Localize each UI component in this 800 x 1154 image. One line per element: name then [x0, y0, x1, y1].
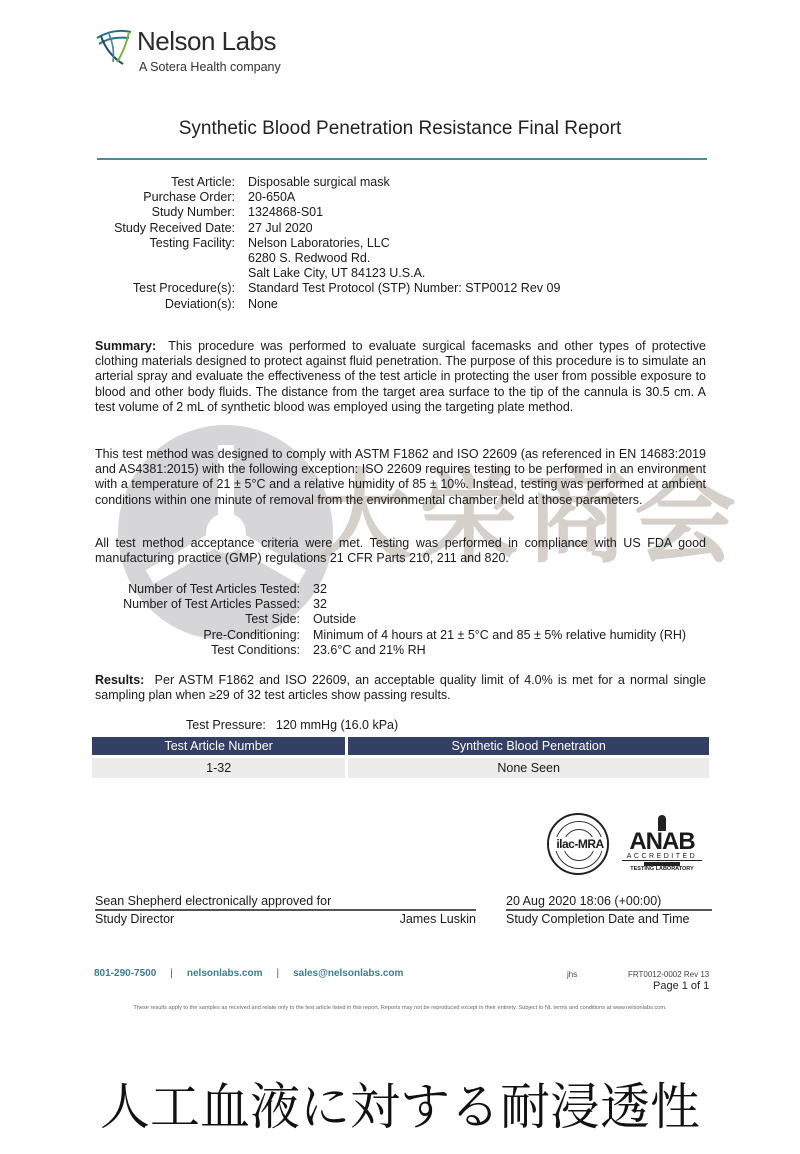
email-link[interactable]: sales@nelsonlabs.com	[293, 968, 403, 979]
preparer-initials: jhs	[567, 970, 577, 979]
results-paragraph: Results: Per ASTM F1862 and ISO 22609, a…	[95, 673, 706, 703]
signature-block: Sean Shepherd electronically approved fo…	[95, 894, 476, 926]
info-row: Study Received Date:27 Jul 2020	[90, 221, 560, 236]
summary-paragraph: Summary: This procedure was performed to…	[95, 339, 706, 415]
info-value: 20-650A	[248, 190, 295, 205]
summary-text: This procedure was performed to evaluate…	[95, 339, 706, 414]
japanese-caption: 人工血液に対する耐浸透性	[0, 1082, 800, 1132]
info-row: Test Article:Disposable surgical mask	[90, 175, 560, 190]
stats-row: Number of Test Articles Passed:32	[95, 597, 686, 612]
table-row: 1-32 None Seen	[92, 758, 709, 778]
info-row: Test Procedure(s):Standard Test Protocol…	[90, 281, 560, 296]
info-label: Testing Facility:	[90, 236, 248, 251]
company-name: Nelson Labs	[137, 26, 276, 57]
info-label	[90, 251, 248, 266]
signer-name: James Luskin	[400, 912, 476, 926]
stats-value: Minimum of 4 hours at 21 ± 5°C and 85 ± …	[313, 628, 686, 643]
info-label: Study Received Date:	[90, 221, 248, 236]
info-row: 6280 S. Redwood Rd.	[90, 251, 560, 266]
stats-row: Test Conditions:23.6°C and 21% RH	[95, 643, 686, 658]
stats-row: Pre-Conditioning:Minimum of 4 hours at 2…	[95, 628, 686, 643]
stats-value: 23.6°C and 21% RH	[313, 643, 426, 658]
table-header-penetration: Synthetic Blood Penetration	[348, 737, 709, 755]
completion-datetime: 20 Aug 2020 18:06 (+00:00)	[506, 894, 712, 908]
completion-block: 20 Aug 2020 18:06 (+00:00) Study Complet…	[506, 894, 712, 926]
test-stats: Number of Test Articles Tested:32Number …	[95, 582, 686, 658]
info-row: Purchase Order:20-650A	[90, 190, 560, 205]
results-label: Results:	[95, 673, 144, 687]
test-pressure: Test Pressure:120 mmHg (16.0 kPa)	[186, 718, 398, 732]
stats-label: Test Side:	[95, 612, 313, 627]
info-label: Purchase Order:	[90, 190, 248, 205]
stats-value: Outside	[313, 612, 356, 627]
stats-value: 32	[313, 597, 327, 612]
summary-label: Summary:	[95, 339, 156, 353]
info-value: Disposable surgical mask	[248, 175, 390, 190]
info-label	[90, 266, 248, 281]
info-label: Deviation(s):	[90, 297, 248, 312]
completion-label: Study Completion Date and Time	[506, 912, 712, 926]
results-table: Test Article Number Synthetic Blood Pene…	[89, 737, 712, 778]
info-row: Study Number:1324868-S01	[90, 205, 560, 220]
signer-role: Study Director	[95, 912, 174, 926]
table-cell-penetration: None Seen	[348, 758, 709, 778]
compliance-paragraph: This test method was designed to comply …	[95, 447, 706, 508]
info-value: 1324868-S01	[248, 205, 323, 220]
info-label: Test Article:	[90, 175, 248, 190]
form-id: FRT0012-0002 Rev 13	[628, 970, 709, 979]
study-info: Test Article:Disposable surgical maskPur…	[90, 175, 560, 312]
acceptance-paragraph: All test method acceptance criteria were…	[95, 536, 706, 566]
stats-value: 32	[313, 582, 327, 597]
table-header-article: Test Article Number	[92, 737, 345, 755]
stats-label: Test Conditions:	[95, 643, 313, 658]
info-value: Salt Lake City, UT 84123 U.S.A.	[248, 266, 425, 281]
title-divider	[97, 158, 707, 160]
report-title: Synthetic Blood Penetration Resistance F…	[0, 118, 800, 140]
phone-number[interactable]: 801-290-7500	[94, 968, 156, 979]
approval-text: Sean Shepherd electronically approved fo…	[95, 894, 476, 908]
info-label: Study Number:	[90, 205, 248, 220]
stats-label: Number of Test Articles Tested:	[95, 582, 313, 597]
stats-row: Test Side:Outside	[95, 612, 686, 627]
website-link[interactable]: nelsonlabs.com	[187, 968, 263, 979]
table-cell-article: 1-32	[92, 758, 345, 778]
stats-row: Number of Test Articles Tested:32	[95, 582, 686, 597]
contact-bar: 801-290-7500|nelsonlabs.com|sales@nelson…	[94, 968, 403, 979]
disclaimer: These results apply to the samples as re…	[0, 1005, 800, 1011]
ilac-mra-logo: ilac-MRA	[547, 813, 609, 875]
info-value: 6280 S. Redwood Rd.	[248, 251, 370, 266]
info-row: Salt Lake City, UT 84123 U.S.A.	[90, 266, 560, 281]
info-label: Test Procedure(s):	[90, 281, 248, 296]
info-row: Deviation(s):None	[90, 297, 560, 312]
anab-logo: ANAB ACCREDITED TESTING LABORATORY	[622, 815, 702, 872]
page-number: Page 1 of 1	[653, 980, 709, 992]
info-value: Nelson Laboratories, LLC	[248, 236, 390, 251]
test-pressure-label: Test Pressure:	[186, 718, 266, 732]
nelson-labs-emblem-icon	[95, 26, 135, 68]
info-value: None	[248, 297, 278, 312]
stats-label: Number of Test Articles Passed:	[95, 597, 313, 612]
stats-label: Pre-Conditioning:	[95, 628, 313, 643]
test-pressure-value: 120 mmHg (16.0 kPa)	[276, 718, 398, 732]
info-row: Testing Facility:Nelson Laboratories, LL…	[90, 236, 560, 251]
info-value: Standard Test Protocol (STP) Number: STP…	[248, 281, 560, 296]
company-tagline: A Sotera Health company	[139, 60, 281, 74]
info-value: 27 Jul 2020	[248, 221, 313, 236]
results-text: Per ASTM F1862 and ISO 22609, an accepta…	[95, 673, 706, 702]
